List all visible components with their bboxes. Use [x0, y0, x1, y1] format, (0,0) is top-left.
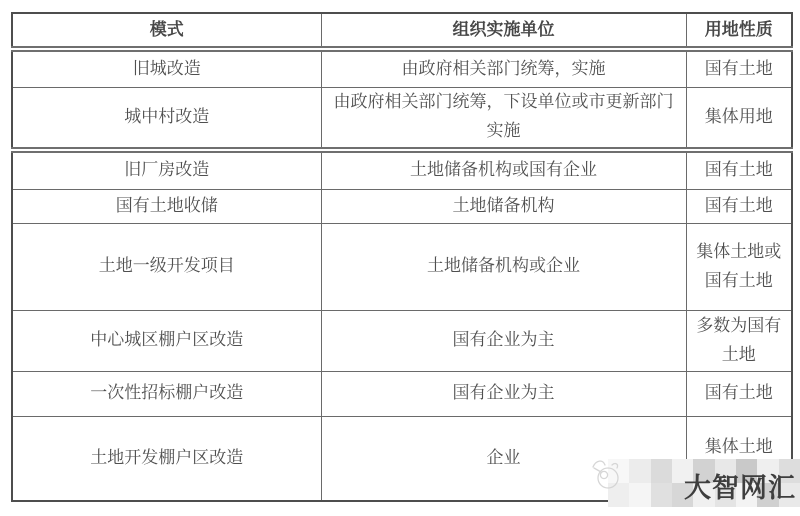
- watermark-brand-text: 大智网汇: [684, 466, 796, 505]
- cell-land: 国有土地: [686, 189, 792, 223]
- table-row: 旧厂房改造 土地储备机构或国有企业 国有土地: [12, 150, 792, 189]
- cell-land: 国有土地: [686, 49, 792, 87]
- cell-mode: 土地一级开发项目: [12, 223, 321, 310]
- cell-mode: 旧城改造: [12, 49, 321, 87]
- table-row: 城中村改造 由政府相关部门统筹，下设单位或市更新部门实施 集体用地: [12, 87, 792, 150]
- column-header-mode: 模式: [12, 13, 321, 49]
- land-redevelopment-modes-table: 模式 组织实施单位 用地性质 旧城改造 由政府相关部门统筹，实施 国有土地 城中…: [11, 12, 793, 502]
- doodle-logo-icon: [586, 455, 626, 495]
- cell-mode: 中心城区棚户区改造: [12, 310, 321, 371]
- table-row: 国有土地收储 土地储备机构 国有土地: [12, 189, 792, 223]
- column-header-land: 用地性质: [686, 13, 792, 49]
- cell-org: 由政府相关部门统筹，下设单位或市更新部门实施: [321, 87, 686, 150]
- table-row: 中心城区棚户区改造 国有企业为主 多数为国有土地: [12, 310, 792, 371]
- table-row: 旧城改造 由政府相关部门统筹，实施 国有土地: [12, 49, 792, 87]
- cell-mode: 土地开发棚户区改造: [12, 416, 321, 501]
- cell-mode: 旧厂房改造: [12, 150, 321, 189]
- cell-mode: 一次性招标棚户改造: [12, 371, 321, 416]
- document-page: 模式 组织实施单位 用地性质 旧城改造 由政府相关部门统筹，实施 国有土地 城中…: [0, 0, 800, 516]
- column-header-org: 组织实施单位: [321, 13, 686, 49]
- cell-org: 国有企业为主: [321, 371, 686, 416]
- table-row: 一次性招标棚户改造 国有企业为主 国有土地: [12, 371, 792, 416]
- cell-org: 土地储备机构或企业: [321, 223, 686, 310]
- cell-org: 由政府相关部门统筹，实施: [321, 49, 686, 87]
- cell-land: 集体用地: [686, 87, 792, 150]
- table-header-row: 模式 组织实施单位 用地性质: [12, 13, 792, 49]
- table-row: 土地一级开发项目 土地储备机构或企业 集体土地或国有土地: [12, 223, 792, 310]
- cell-org: 土地储备机构或国有企业: [321, 150, 686, 189]
- cell-land: 多数为国有土地: [686, 310, 792, 371]
- cell-mode: 国有土地收储: [12, 189, 321, 223]
- cell-org: 国有企业为主: [321, 310, 686, 371]
- cell-mode: 城中村改造: [12, 87, 321, 150]
- cell-land: 集体土地或国有土地: [686, 223, 792, 310]
- cell-land: 国有土地: [686, 371, 792, 416]
- cell-org: 土地储备机构: [321, 189, 686, 223]
- cell-land: 国有土地: [686, 150, 792, 189]
